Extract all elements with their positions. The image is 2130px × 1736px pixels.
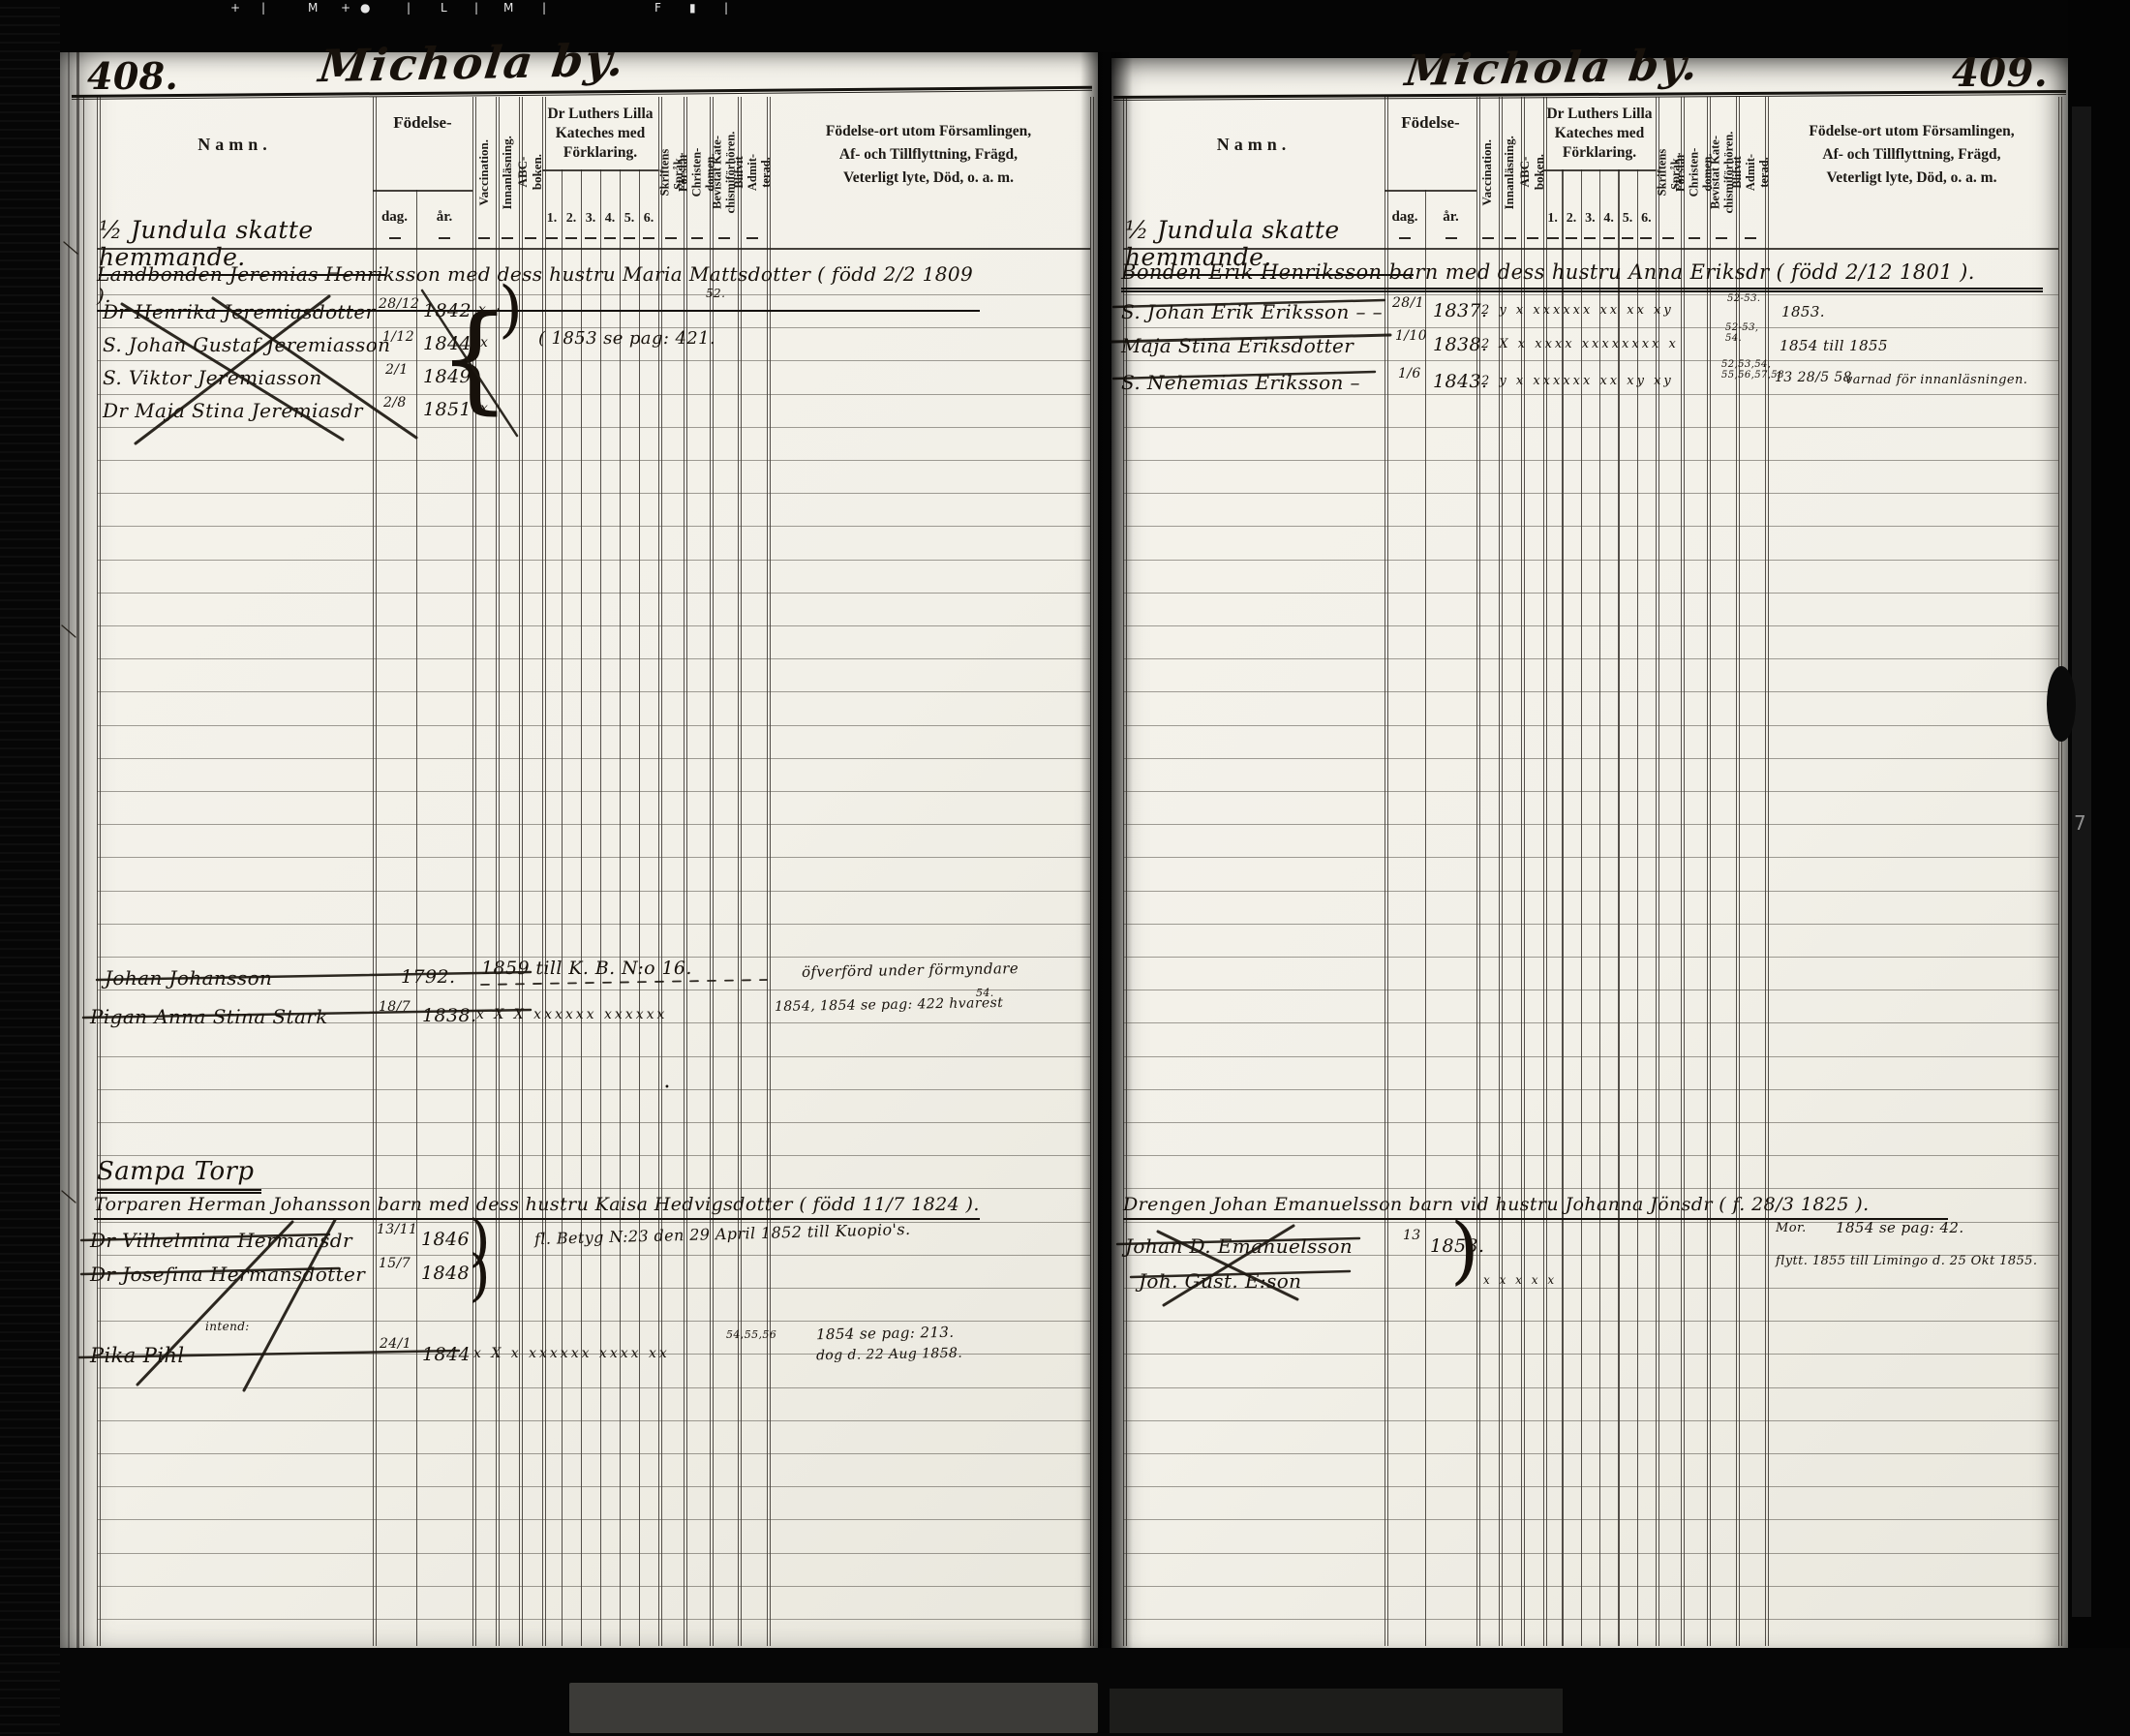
film-mark: +: [341, 1, 350, 15]
ink-stroke: [422, 290, 517, 436]
spine-edge-line: [76, 52, 79, 1650]
ink-stroke: [1117, 1238, 1359, 1244]
ink-stroke: [1113, 300, 1384, 307]
ink-stroke: [97, 972, 531, 980]
ink-stroke: [1164, 1226, 1293, 1305]
ink-stroke: [64, 242, 77, 254]
ink-stroke: [481, 980, 767, 985]
ink-stroke: [244, 1220, 335, 1390]
ink-stroke: [137, 1222, 292, 1385]
film-mark: ▮: [689, 1, 696, 15]
film-mark: M: [308, 1, 318, 15]
ink-stroke: [81, 1234, 329, 1240]
ink-stroke: [79, 1351, 459, 1357]
spine-edge-line: [68, 52, 70, 1650]
film-mark: F: [654, 1, 661, 15]
scanned-document: 408. Michola by. Michola by. 409. +|M+●|…: [0, 0, 2130, 1736]
ink-stroke: [136, 296, 329, 443]
ink-stroke: [1113, 372, 1375, 379]
film-mark: |: [542, 1, 546, 15]
film-mark: +: [230, 1, 240, 15]
film-mark: |: [407, 1, 411, 15]
scan-edge-blob: [2047, 666, 2076, 742]
scanner-artifact: [1110, 1689, 1563, 1733]
ink-stroke: [213, 298, 416, 438]
scanner-artifact: [569, 1683, 1098, 1733]
film-mark: |: [261, 1, 265, 15]
ink-stroke: [122, 304, 343, 440]
scan-bottom-band: [0, 1648, 2130, 1736]
ink-stroke: [1111, 335, 1390, 342]
film-edge-marks: +|M+●|L|M|F▮|: [0, 0, 2130, 17]
film-strip: [0, 0, 60, 1736]
ink-stroke: [81, 1268, 339, 1274]
ink-stroke: [83, 1010, 531, 1018]
scan-right-strip: [2072, 107, 2091, 1617]
film-mark: M: [503, 1, 513, 15]
scan-edge-mark: 7: [2074, 811, 2086, 835]
film-mark: L: [441, 1, 447, 15]
ink-strokes-overlay: [0, 0, 2130, 1736]
page-gutter: [1080, 52, 1133, 1656]
film-mark: |: [724, 1, 728, 15]
film-mark: ●: [360, 1, 370, 15]
film-mark: |: [474, 1, 478, 15]
